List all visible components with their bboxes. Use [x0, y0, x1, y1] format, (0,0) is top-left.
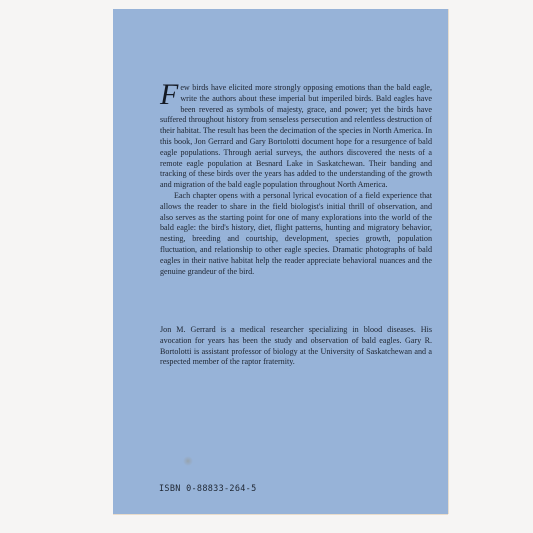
drop-cap: F [160, 84, 178, 106]
blurb-paragraph-1-text: ew birds have elicited more strongly opp… [160, 83, 432, 189]
blurb-paragraph-2: Each chapter opens with a personal lyric… [160, 191, 432, 277]
author-bio: Jon M. Gerrard is a medical researcher s… [160, 325, 432, 368]
cover-smudge-mark [183, 456, 193, 466]
author-bio-text: Jon M. Gerrard is a medical researcher s… [160, 325, 432, 368]
isbn-number: ISBN 0-88833-264-5 [159, 484, 257, 494]
blurb-paragraph-1: Few birds have elicited more strongly op… [160, 83, 432, 191]
cover-blurb: Few birds have elicited more strongly op… [160, 83, 432, 277]
